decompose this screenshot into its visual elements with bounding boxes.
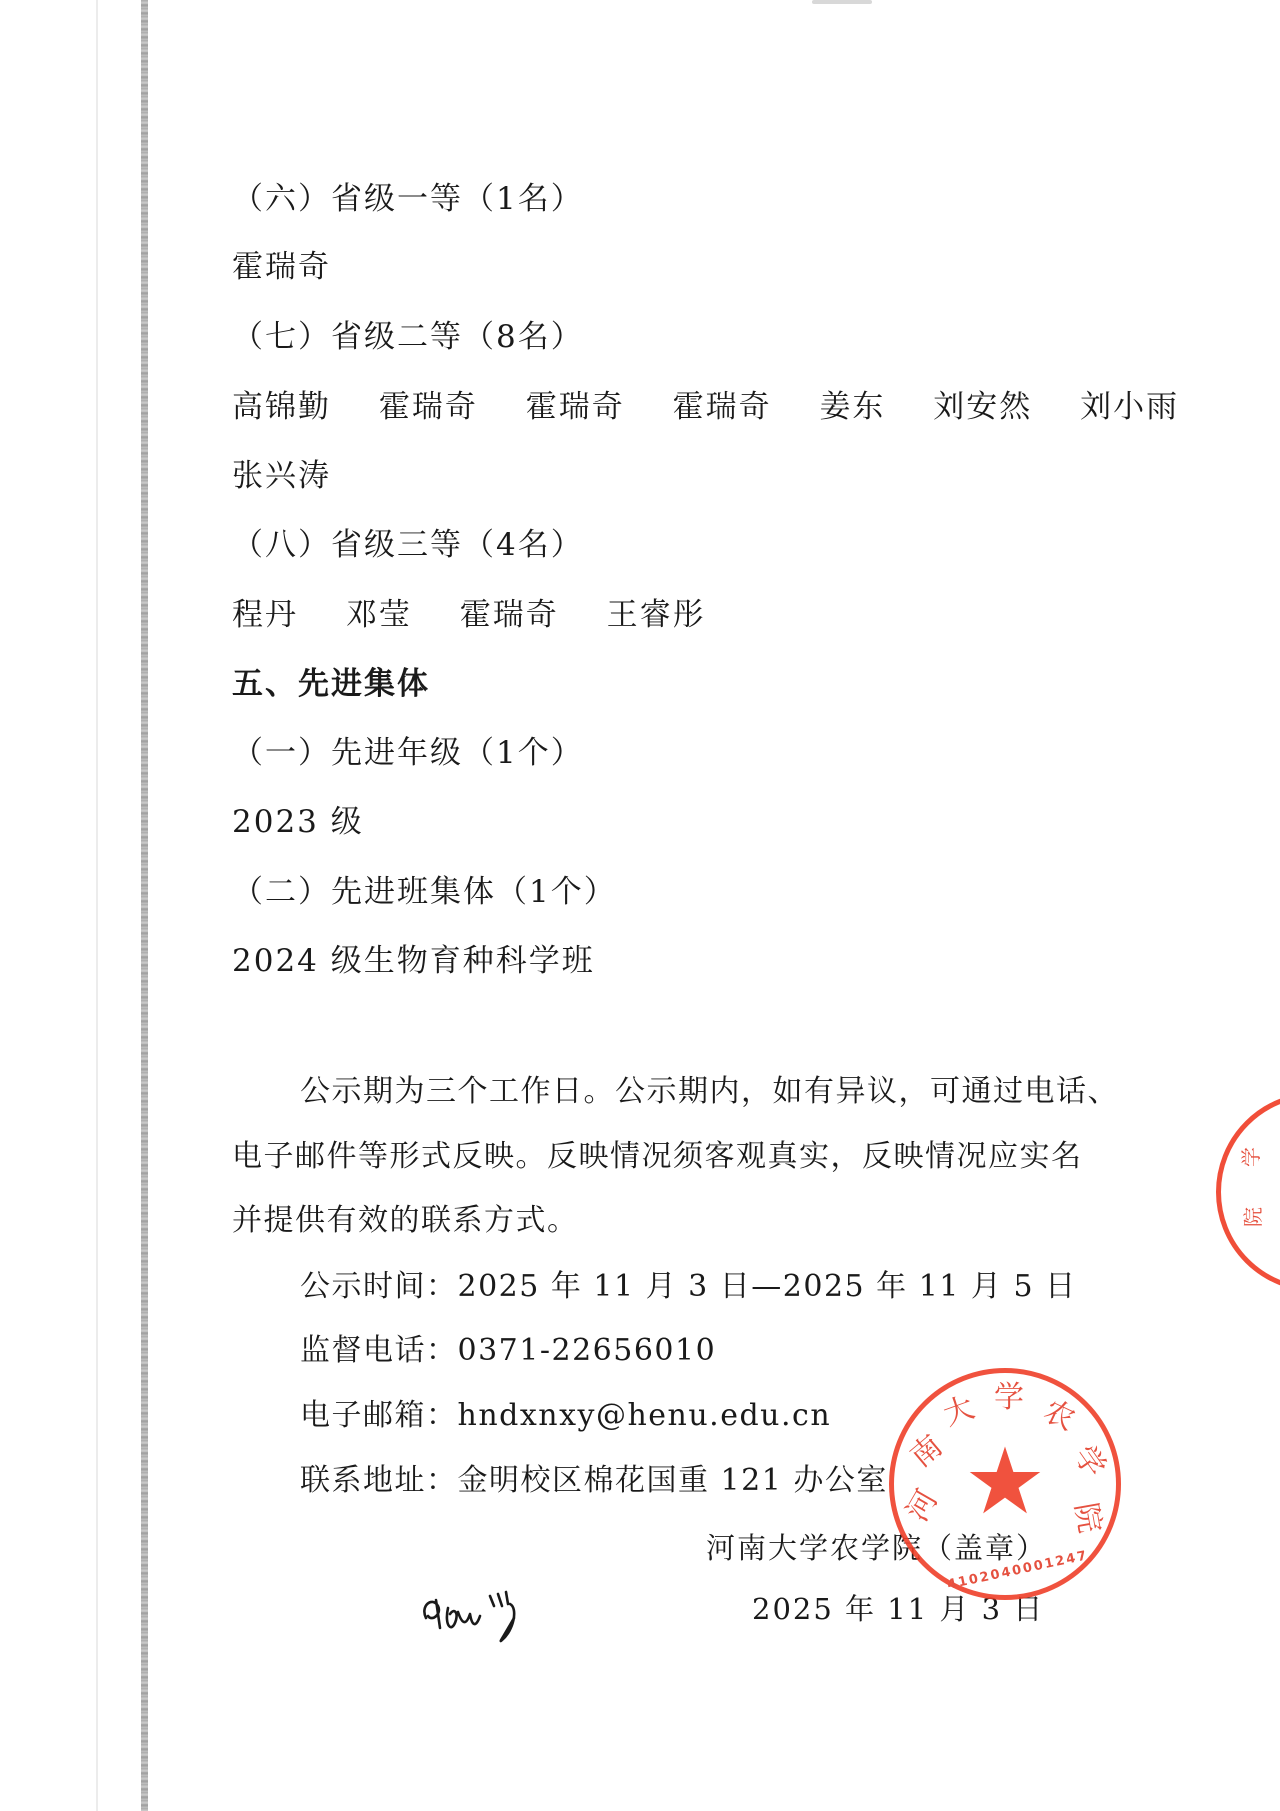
seal-char: 河 [903,1486,944,1527]
name-item: 高锦勤 [232,387,331,427]
notice-line-2: 电子邮件等形式反映。反映情况须客观真实，反映情况应实名 [232,1137,1083,1177]
scan-mark [812,0,872,4]
handwritten-signature [418,1578,568,1648]
name-item: 霍瑞奇 [460,595,559,635]
seal-char: 学 [994,1383,1024,1413]
name-item: 王睿彤 [607,595,706,635]
seal-code: 4102040001247 [946,1548,1090,1593]
name-item: 霍瑞奇 [673,387,772,427]
period-label: 公示时间： [300,1269,458,1304]
collective-heading-grade: （一）先进年级（1个） [232,733,584,773]
star-icon: ★ [964,1436,1046,1528]
name-list: 高锦勤 霍瑞奇 霍瑞奇 霍瑞奇 姜东 刘安然 刘小雨 [232,387,1215,427]
email-label: 电子邮箱： [300,1398,458,1433]
contact-email: 电子邮箱：hndxnxy@henu.edu.cn [300,1396,831,1436]
name-item: 刘小雨 [1080,387,1179,427]
seal-char: 大 [940,1393,978,1431]
name-item: 霍瑞奇 [232,247,331,287]
email-value: hndxnxy@henu.edu.cn [458,1398,832,1433]
scan-shadow [96,0,98,1811]
seal-char: 院 [1243,1207,1263,1227]
name-list: 程丹 邓莹 霍瑞奇 王睿彤 [232,595,742,635]
name-item: 刘安然 [933,387,1032,427]
contact-phone: 监督电话：0371-22656010 [300,1331,716,1371]
phone-label: 监督电话： [300,1333,458,1368]
phone-value: 0371-22656010 [458,1333,717,1368]
section-heading-provincial-second: （七）省级二等（8名） [232,317,584,357]
section-heading-provincial-third: （八）省级三等（4名） [232,525,584,565]
seal-char: 学 [1241,1147,1261,1167]
name-list: 霍瑞奇 [232,247,367,287]
collective-value-grade: 2023 级 [232,802,364,842]
address-label: 联系地址： [300,1463,458,1498]
official-seal: ★ 河 南 大 学 农 学 院 4102040001247 [889,1368,1121,1600]
name-item: 邓莹 [346,595,412,635]
notice-line-3: 并提供有效的联系方式。 [232,1201,579,1241]
name-item: 张兴涛 [232,456,331,496]
name-item: 姜东 [819,387,885,427]
name-item: 程丹 [232,595,298,635]
partial-seal: 学 院 [1216,1092,1280,1292]
contact-address: 联系地址：金明校区棉花国重 121 办公室 [300,1461,888,1501]
section-heading-provincial-first: （六）省级一等（1名） [232,179,584,219]
period-value: 2025 年 11 月 3 日—2025 年 11 月 5 日 [458,1269,1077,1304]
address-value: 金明校区棉花国重 121 办公室 [458,1463,888,1498]
name-item: 霍瑞奇 [379,387,478,427]
collective-value-class: 2024 级生物育种科学班 [232,941,595,981]
name-item: 霍瑞奇 [526,387,625,427]
contact-period: 公示时间：2025 年 11 月 3 日—2025 年 11 月 5 日 [300,1267,1077,1307]
collective-heading-class: （二）先进班集体（1个） [232,872,617,912]
seal-char: 南 [906,1431,948,1473]
name-list-continued: 张兴涛 [232,456,367,496]
seal-char: 院 [1070,1501,1105,1536]
seal-char: 学 [1068,1441,1110,1483]
section-title-collective: 五、先进集体 [232,664,430,704]
notice-line-1: 公示期为三个工作日。公示期内，如有异议，可通过电话、 [300,1072,1119,1112]
scan-border [141,0,148,1811]
